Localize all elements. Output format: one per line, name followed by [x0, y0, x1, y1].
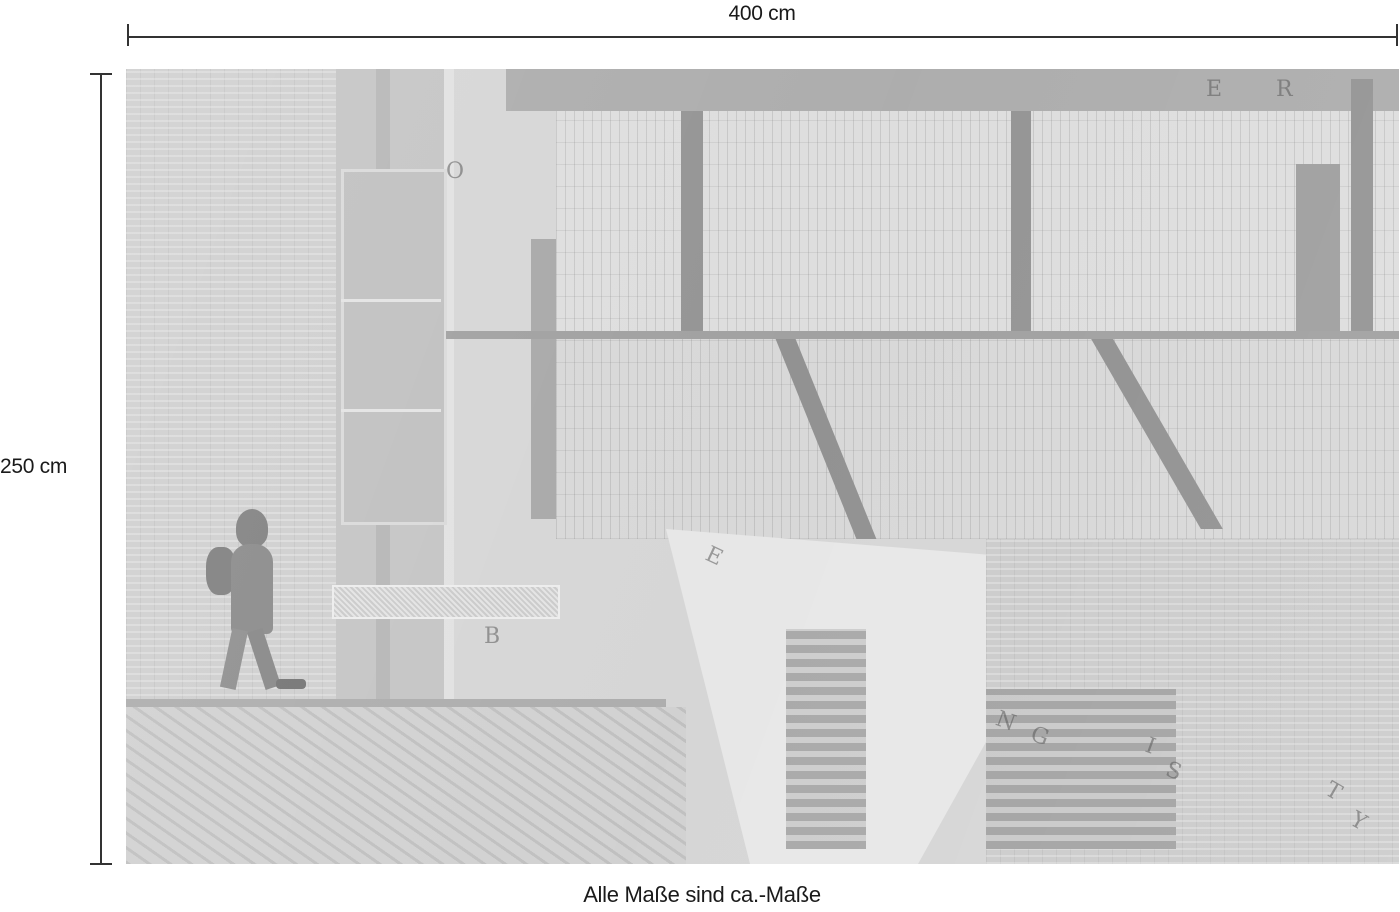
width-dimension-line	[127, 36, 1398, 38]
dimensions-footnote: Alle Maße sind ca.-Maße	[0, 882, 1400, 908]
width-dimension-end-tick	[1396, 24, 1398, 46]
height-label: 250 cm	[0, 455, 67, 479]
width-label: 400 cm	[0, 2, 1400, 26]
height-dimension-line	[100, 73, 102, 864]
height-dimension-end-tick	[90, 863, 112, 865]
width-dimension-start-tick	[127, 24, 129, 46]
overlay-letter: O	[446, 159, 464, 184]
overlay-letter: E	[1206, 77, 1222, 102]
overlay-letter: B	[484, 624, 500, 649]
mural-image: E R O N G I S B E T Y	[126, 69, 1399, 864]
overlay-letter: R	[1276, 77, 1293, 102]
